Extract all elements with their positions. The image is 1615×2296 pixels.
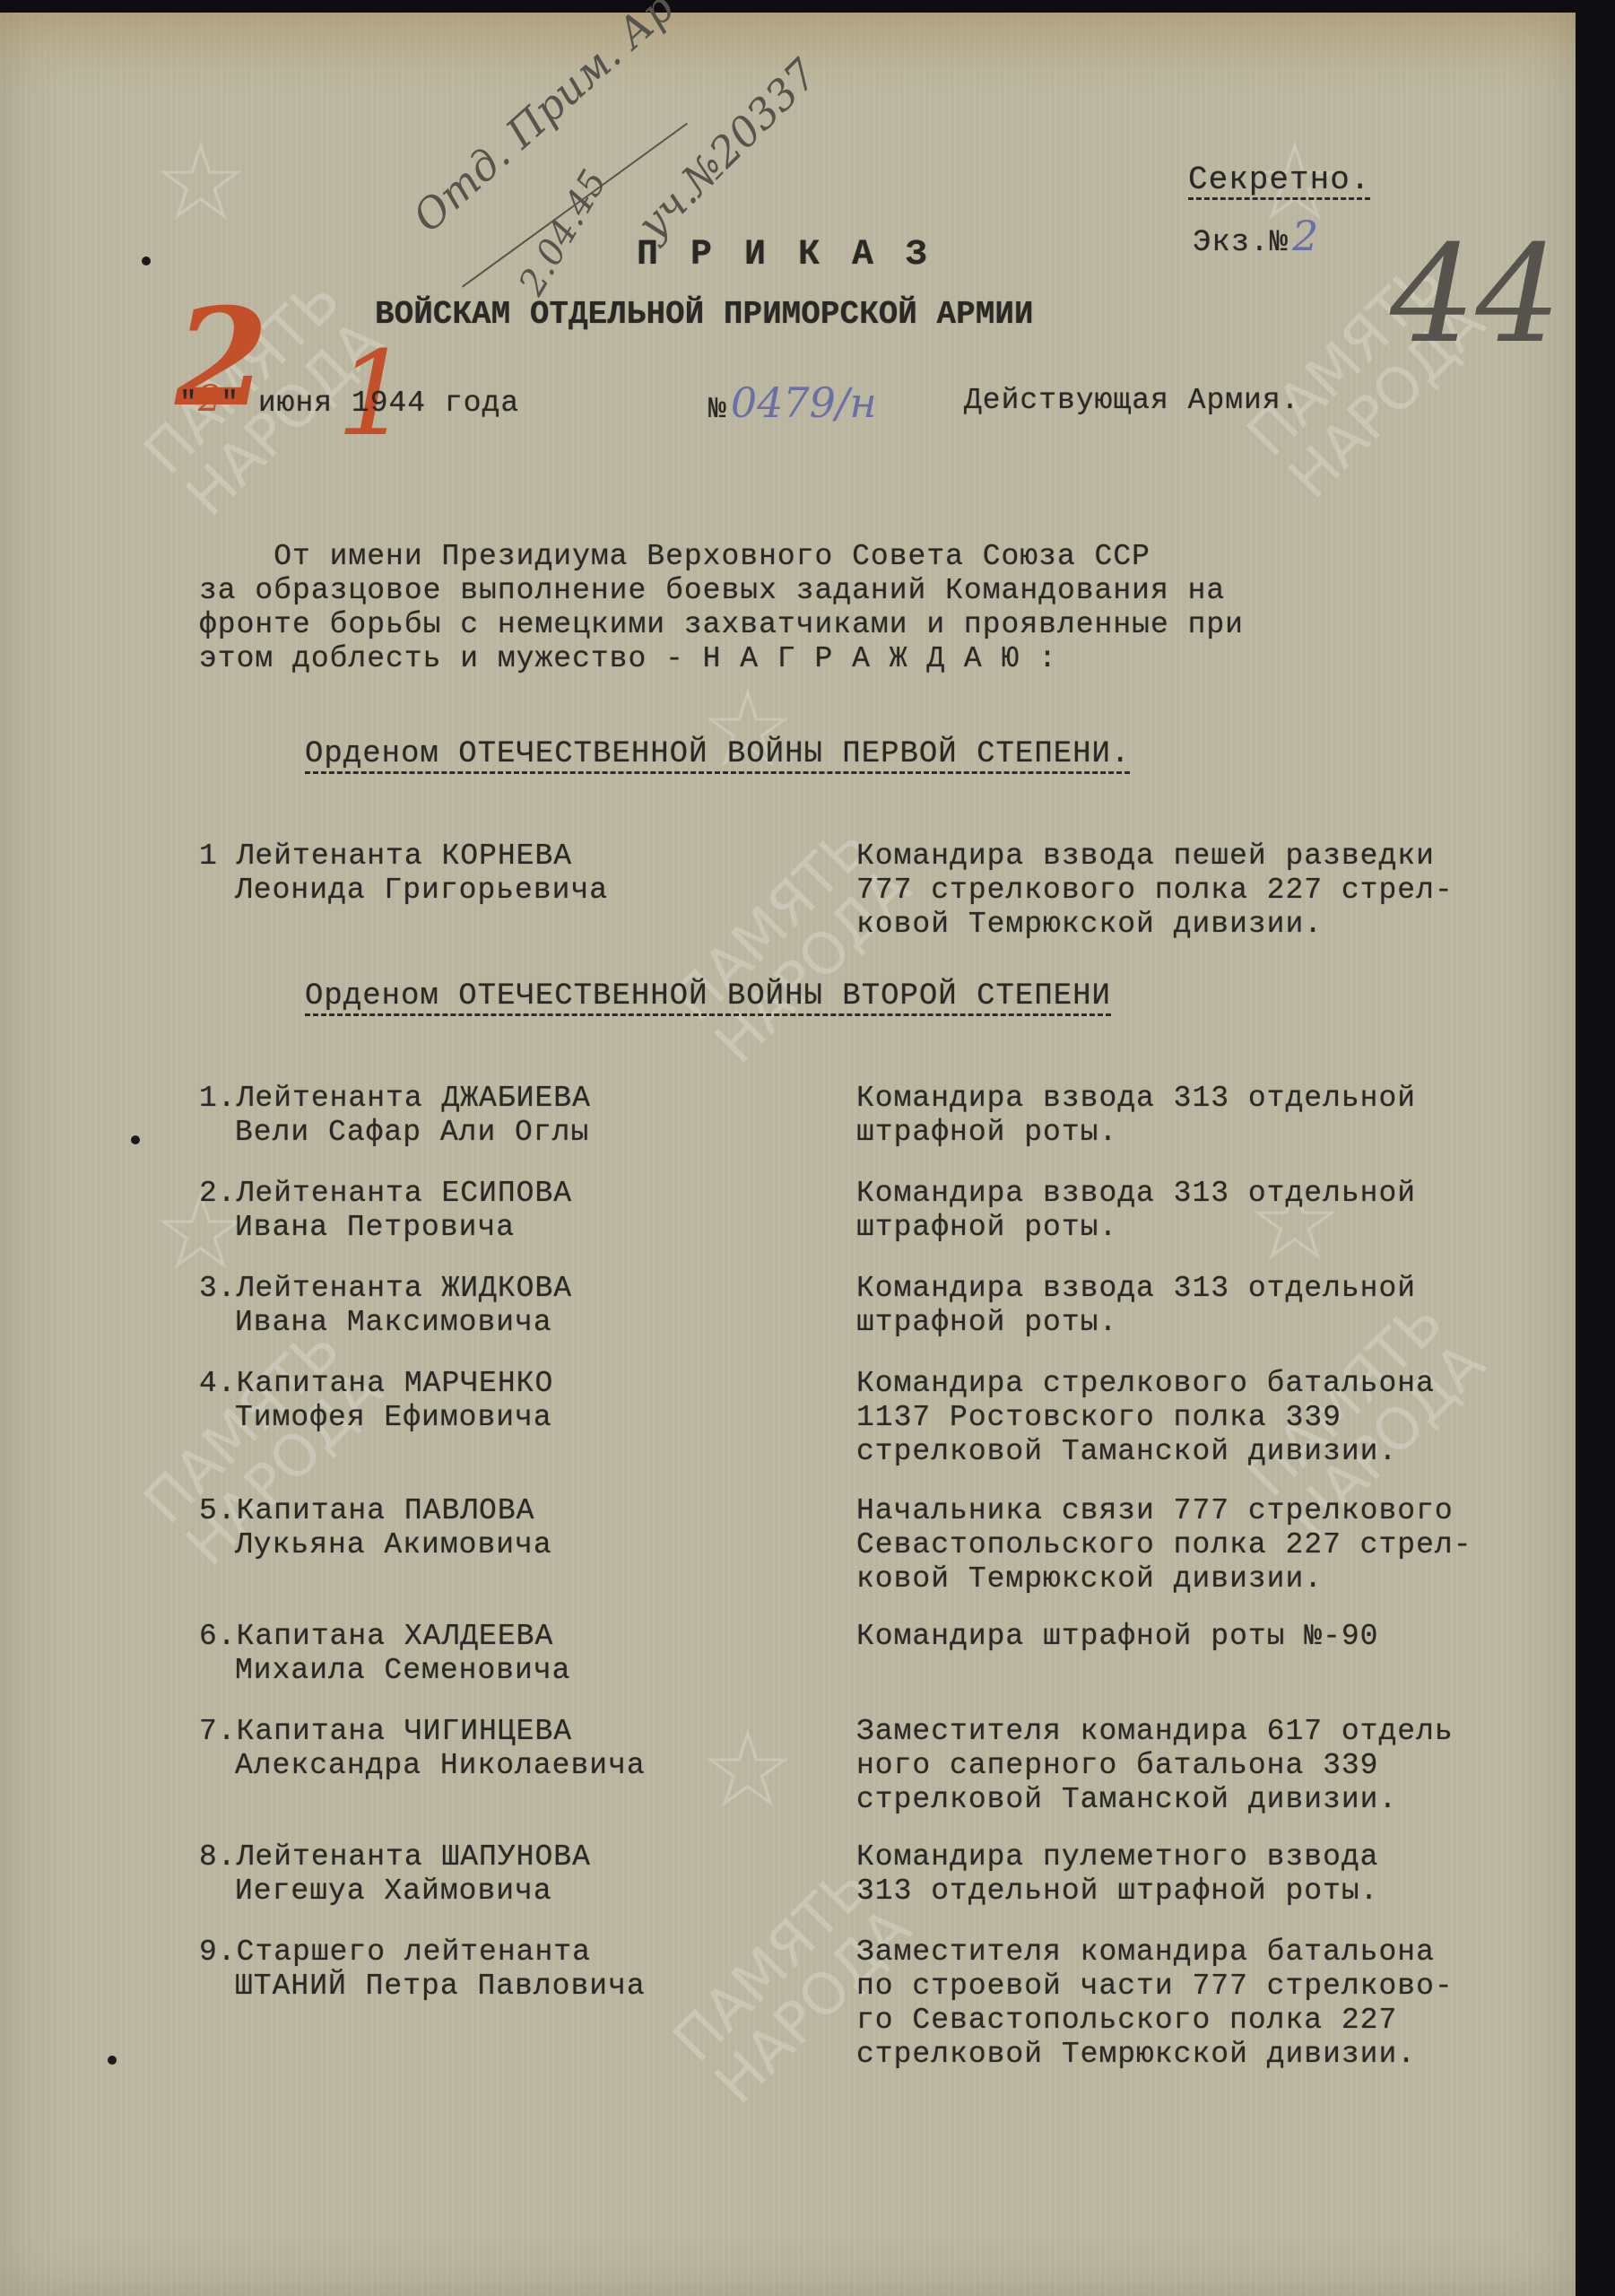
recipient-position: Заместителя командира батальона <box>856 1935 1435 1970</box>
recipient-name: 7.Капитана ЧИГИНЦЕВА <box>199 1715 572 1749</box>
punch-hole <box>142 257 151 265</box>
section-title-second-degree: Орденом ОТЕЧЕСТВЕННОЙ ВОЙНЫ ВТОРОЙ СТЕПЕ… <box>305 979 1111 1016</box>
date-day: 2 <box>198 378 221 420</box>
location: Действующая Армия. <box>964 384 1299 418</box>
recipient-name: Тимофея Ефимовича <box>235 1401 552 1435</box>
document-title: П Р И К А З <box>637 239 933 273</box>
recipient-name: Вели Сафар Али Оглы <box>235 1116 589 1150</box>
recipient-position: по строевой части 777 стрелково- <box>856 1970 1454 2004</box>
recipient-name: 1 Лейтенанта КОРНЕВА <box>199 839 572 874</box>
recipient-name: Ивана Максимовича <box>235 1306 552 1340</box>
recipient-name: Михаила Семеновича <box>235 1654 570 1688</box>
recipient-position: Командира взвода 313 отдельной <box>856 1272 1416 1306</box>
recipient-name: 5.Капитана ПАВЛОВА <box>199 1494 534 1528</box>
section-title-first-degree: Орденом ОТЕЧЕСТВЕННОЙ ВОЙНЫ ПЕРВОЙ СТЕПЕ… <box>305 737 1130 774</box>
recipient-position: ковой Темрюкской дивизии. <box>856 1562 1323 1596</box>
recipient-position: ного саперного батальона 339 <box>856 1749 1379 1783</box>
handwritten-sheet-number: 44 <box>1390 228 1561 362</box>
copy-number: 2 <box>1292 212 1318 260</box>
recipient-position: штрафной роты. <box>856 1116 1117 1150</box>
order-number: № 0479/н <box>708 378 877 427</box>
handwritten-note: уч.№20337 <box>628 49 827 248</box>
punch-hole <box>131 1135 140 1144</box>
recipient-name: 1.Лейтенанта ДЖАБИЕВА <box>199 1082 591 1116</box>
date-text: " июня 1944 года <box>221 387 519 420</box>
recipient-position: Командира пулеметного взвода <box>856 1840 1379 1874</box>
document-page: ☆ ПАМЯТЬ НАРОДА ☆ ПАМЯТЬ НАРОДА ☆ ПАМЯТЬ… <box>0 13 1576 2296</box>
copy-number-line: Экз.№ 2 <box>1193 212 1318 260</box>
recipient-position: стрелковой Таманской дивизии. <box>856 1435 1397 1469</box>
date-line: "2" июня 1944 года <box>179 378 519 423</box>
document-subtitle: ВОЙСКАМ ОТДЕЛЬНОЙ ПРИМОРСКОЙ АРМИИ <box>375 298 1034 332</box>
recipient-name: Александра Николаевича <box>235 1749 646 1783</box>
recipient-name: 4.Капитана МАРЧЕНКО <box>199 1367 553 1401</box>
recipient-name: Иегешуа Хаймовича <box>235 1874 552 1909</box>
preamble-line: этом доблесть и мужество - Н А Г Р А Ж Д… <box>199 642 1244 676</box>
recipient-position: стрелковой Таманской дивизии. <box>856 1783 1397 1817</box>
recipient-name: 2.Лейтенанта ЕСИПОВА <box>199 1177 572 1211</box>
recipient-name: Лукьяна Акимовича <box>235 1528 552 1562</box>
recipient-position: Командира взвода 313 отдельной <box>856 1082 1416 1116</box>
copy-label: Экз.№ <box>1193 226 1289 260</box>
recipient-name: 3.Лейтенанта ЖИДКОВА <box>199 1272 572 1306</box>
recipient-position: Заместителя командира 617 отдель <box>856 1715 1454 1749</box>
recipient-position: Командира штрафной роты №-90 <box>856 1620 1379 1654</box>
preamble-line: фронте борьбы с немецкими захватчиками и… <box>199 608 1244 642</box>
recipient-position: го Севастопольского полка 227 <box>856 2004 1397 2038</box>
preamble: От имени Президиума Верховного Совета Со… <box>199 540 1244 676</box>
recipient-position: Севастопольского полка 227 стрел- <box>856 1528 1472 1562</box>
recipient-name: 8.Лейтенанта ШАПУНОВА <box>199 1840 591 1874</box>
recipient-position: 313 отдельной штрафной роты. <box>856 1874 1379 1909</box>
recipient-name: 9.Старшего лейтенанта <box>199 1935 591 1970</box>
preamble-line: за образцовое выполнение боевых заданий … <box>199 574 1244 608</box>
recipient-name: Леонида Григорьевича <box>235 874 608 908</box>
handwritten-note: 2.04.45 <box>511 163 615 302</box>
recipient-position: Командира взвода 313 отдельной <box>856 1177 1416 1211</box>
preamble-line: От имени Президиума Верховного Совета Со… <box>199 540 1244 574</box>
recipient-position: ковой Темрюкской дивизии. <box>856 908 1323 942</box>
recipient-position: Командира взвода пешей разведки <box>856 839 1435 874</box>
watermark-star-icon: ☆ <box>152 129 249 237</box>
recipient-position: Начальника связи 777 стрелкового <box>856 1494 1454 1528</box>
watermark-star-icon: ☆ <box>699 1717 796 1824</box>
recipient-position: штрафной роты. <box>856 1306 1117 1340</box>
recipient-position: Командира стрелкового батальона <box>856 1367 1435 1401</box>
recipient-name: 6.Капитана ХАЛДЕЕВА <box>199 1620 553 1654</box>
recipient-name: ШТАНИЙ Петра Павловича <box>235 1970 646 2004</box>
order-number-label: № <box>708 393 727 426</box>
recipient-position: 1137 Ростовского полка 339 <box>856 1401 1341 1435</box>
recipient-position: штрафной роты. <box>856 1211 1117 1245</box>
classification-stamp: Секретно. <box>1188 163 1370 200</box>
recipient-name: Ивана Петровича <box>235 1211 515 1245</box>
punch-hole <box>108 2056 117 2065</box>
date-open-quote: " <box>179 387 198 420</box>
order-number-value: 0479/н <box>731 378 877 427</box>
recipient-position: стрелковой Темрюкской дивизии. <box>856 2038 1416 2072</box>
recipient-position: 777 стрелкового полка 227 стрел- <box>856 874 1454 908</box>
